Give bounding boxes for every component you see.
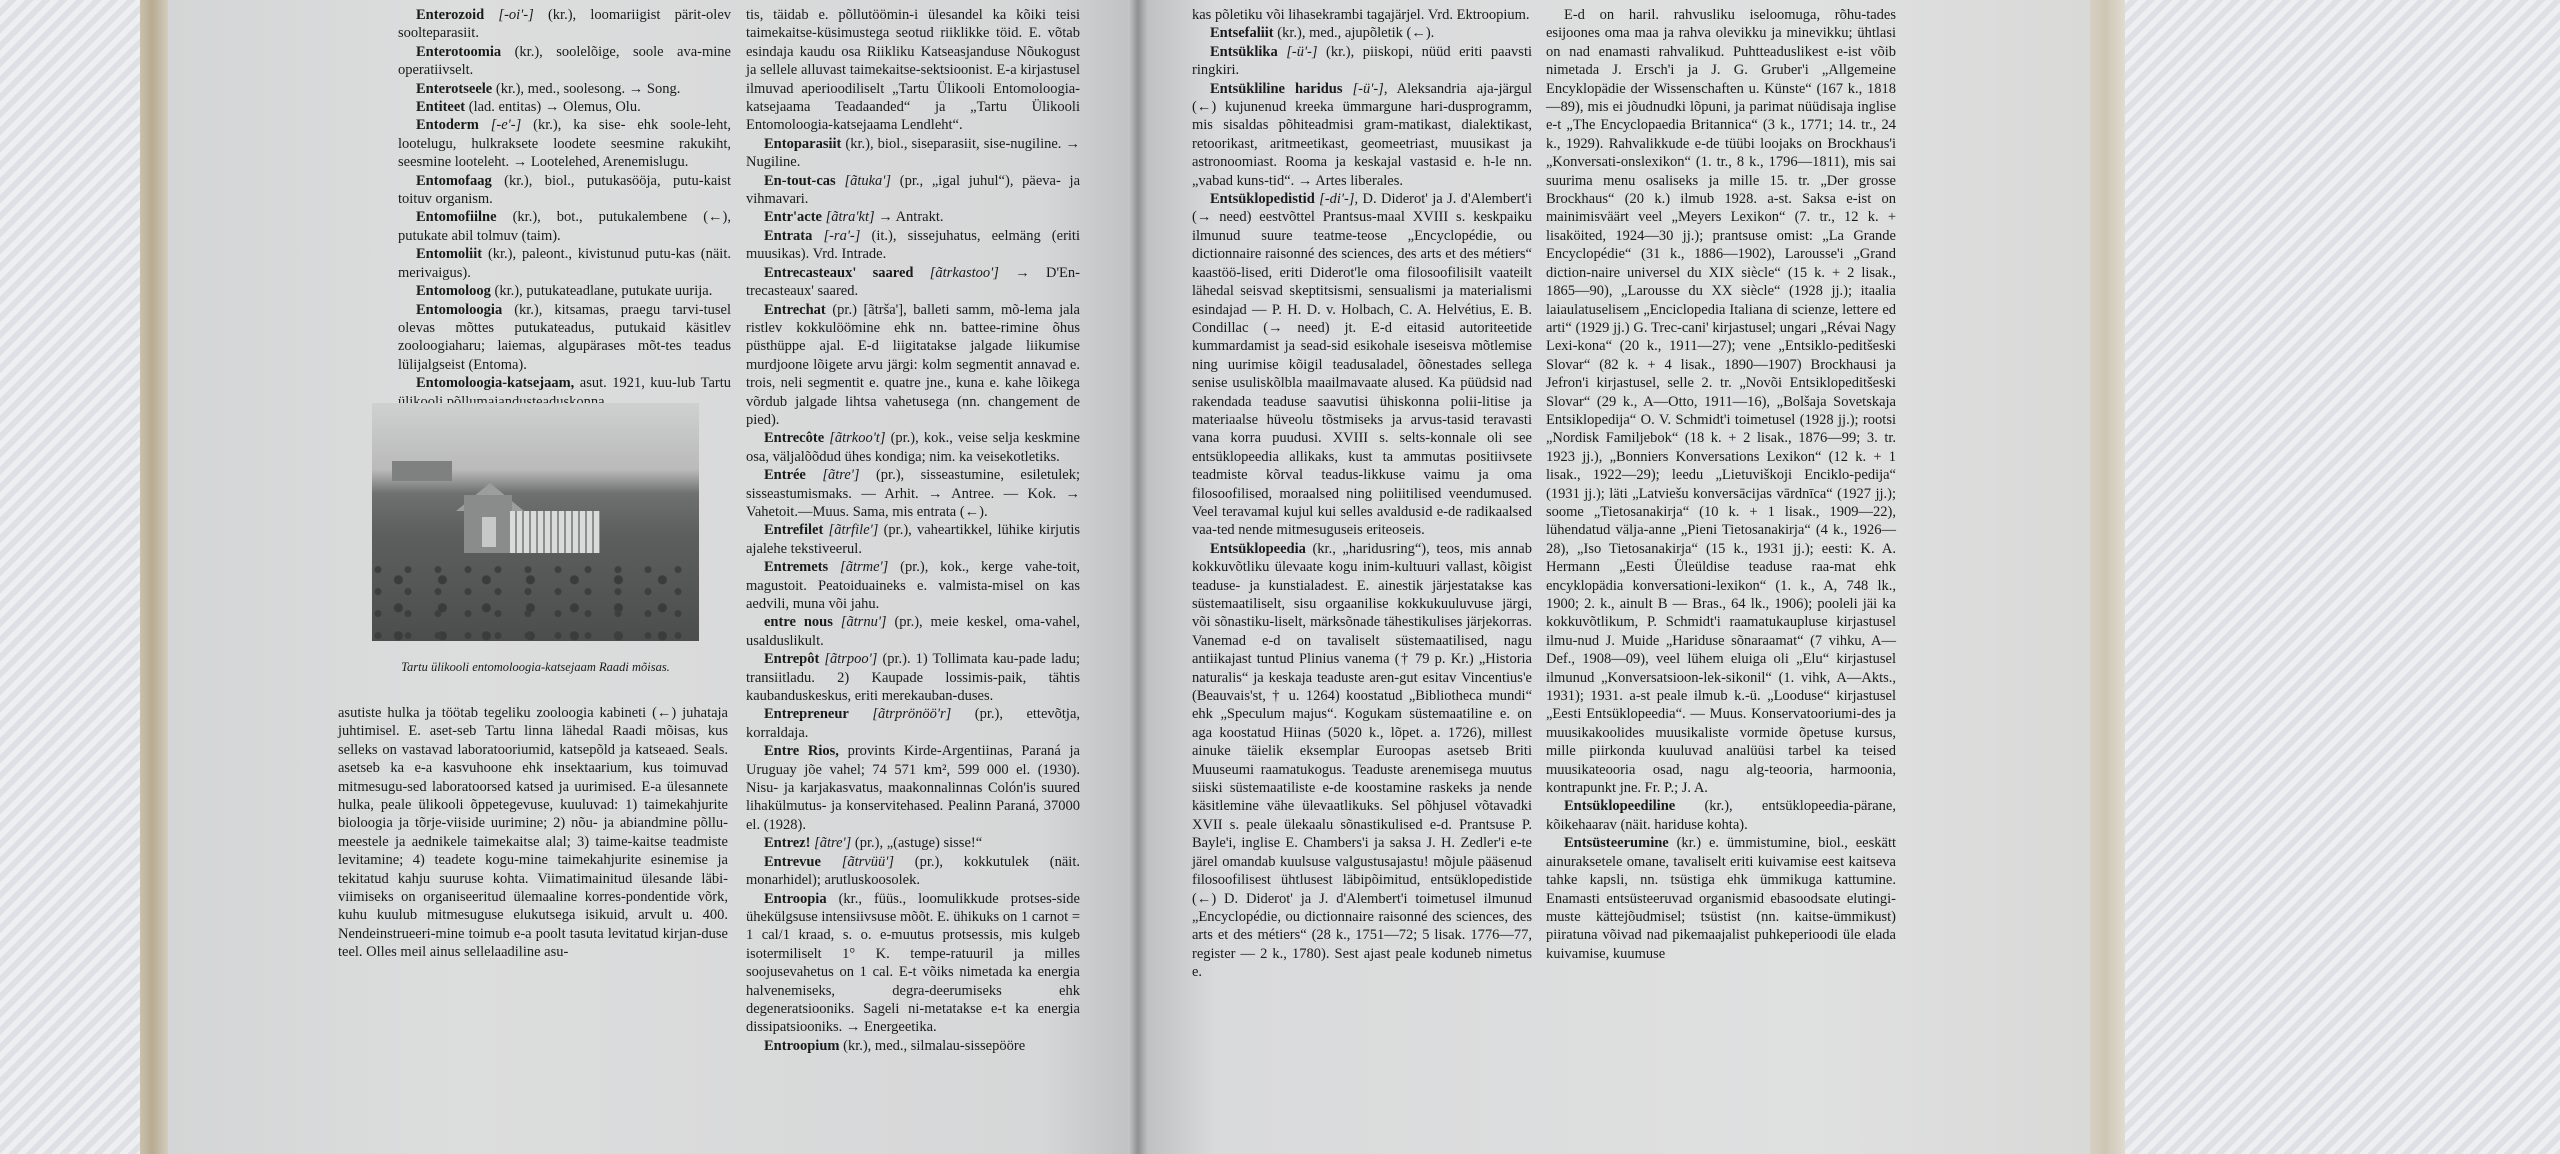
book-gutter — [1128, 0, 1148, 1154]
photo-door — [482, 517, 496, 547]
entry: Entsüklika [-ü'-] (kr.), piiskopi, nüüd … — [1192, 43, 1532, 80]
figure-caption: Tartu ülikooli entomoloogia-katsejaam Ra… — [372, 660, 699, 675]
entry: Entrepôt [ãtrpoo'] (pr.). 1) Tollimata k… — [746, 650, 1080, 705]
entry: entre nous [ãtrnu'] (pr.), meie keskel, … — [746, 613, 1080, 650]
entry: Entrevue [ãtrvüü'] (pr.), kokkutulek (nä… — [746, 853, 1080, 890]
entry: Entoderm [-e'-] (kr.), ka sise- ehk sool… — [398, 116, 731, 171]
entry-continuation: tis, täidab e. põllutöömin-i ülesandel k… — [746, 6, 1080, 135]
entry: Entomoloogia (kr.), kitsamas, praegu tar… — [398, 301, 731, 375]
entry: Entomofiilne (kr.), bot., putukalembene … — [398, 208, 731, 245]
entry: Entsefaliit (kr.), med., ajupõletik (←). — [1192, 24, 1532, 42]
entry: Enterozoid [-oi'-] (kr.), loomariigist p… — [398, 6, 731, 43]
entry: Entomoliit (kr.), paleont., kivistunud p… — [398, 245, 731, 282]
entry: Entsüklopeediline (kr.), entsüklopeedia-… — [1546, 797, 1896, 834]
entry: Entre Rios, provints Kirde-Argentiinas, … — [746, 742, 1080, 834]
entry: Entroopium (kr.), med., silmalau-sissepö… — [746, 1037, 1080, 1055]
entry: Enterotseele (kr.), med., soolesong. → S… — [398, 80, 731, 98]
entry-continuation: kas põletiku või lihasekrambi tagajärjel… — [1192, 6, 1532, 24]
entry: Entoparasiit (kr.), biol., siseparasiit,… — [746, 135, 1080, 172]
entry-continuation: asutiste hulka ja töötab tegeliku zooloo… — [338, 704, 728, 962]
book-edge-right — [2085, 0, 2125, 1154]
entry: En-tout-cas [ãtuka'] (pr., „igal juhul“)… — [746, 172, 1080, 209]
right-page-column-1: kas põletiku või lihasekrambi tagajärjel… — [1192, 6, 1532, 982]
entry: Entrechat (pr.) [ãtrša'], balleti samm, … — [746, 301, 1080, 430]
entry: Entrepreneur [ãtrprönöö'r] (pr.), ettevõ… — [746, 705, 1080, 742]
photo-entomology-station — [372, 403, 699, 641]
entry-continuation: E-d on haril. rahvusliku iseloomuga, rõh… — [1546, 6, 1896, 797]
entry: Entrecasteaux' saared [ãtrkastoo'] → D'E… — [746, 264, 1080, 301]
entry: Entomofaag (kr.), biol., putukasööja, pu… — [398, 172, 731, 209]
entry: Entrée [ãtre'] (pr.), sisseastumine, esi… — [746, 466, 1080, 521]
book-edge-left — [140, 0, 170, 1154]
entry: Entr'acte [ãtra'kt] → Antrakt. — [746, 208, 1080, 226]
entry: Entroopia (kr., füüs., loomulikkude prot… — [746, 890, 1080, 1037]
entry: Entiteet (lad. entitas) → Olemus, Olu. — [398, 98, 731, 116]
entry: Entsüklopeedia (kr., „haridusring“), teo… — [1192, 540, 1532, 982]
entry: Entrecôte [ãtrkoo't] (pr.), kok., veise … — [746, 429, 1080, 466]
left-page-column-1-continued: asutiste hulka ja töötab tegeliku zooloo… — [338, 704, 728, 962]
photo-greenhouse — [510, 511, 600, 553]
left-page-column-1: Enterozoid [-oi'-] (kr.), loomariigist p… — [398, 6, 731, 411]
entry: Entrefilet [ãtrfile'] (pr.), vaheartikke… — [746, 521, 1080, 558]
entry: Entomoloog (kr.), putukateadlane, putuka… — [398, 282, 731, 300]
entry: Entrata [-ra'-] (it.), sissejuhatus, eel… — [746, 227, 1080, 264]
left-page-column-2: tis, täidab e. põllutöömin-i ülesandel k… — [746, 6, 1080, 1055]
entry: Entsüsteerumine (kr.) e. ümmistumine, bi… — [1546, 834, 1896, 963]
entry: Entsüklopedistid [-di'-], D. Diderot' ja… — [1192, 190, 1532, 540]
entry: Entrez! [ãtre'] (pr.), „(astuge) sisse!“ — [746, 834, 1080, 852]
photo-garden-ground — [372, 563, 699, 641]
entry: Enterotoomia (kr.), soolelõige, soole av… — [398, 43, 731, 80]
right-page-column-2: E-d on haril. rahvusliku iseloomuga, rõh… — [1546, 6, 1896, 963]
entry: Entremets [ãtrme'] (pr.), kok., kerge va… — [746, 558, 1080, 613]
photo-background-buildings — [392, 461, 452, 481]
entry: Entsükliline haridus [-ü'-], Aleksandria… — [1192, 80, 1532, 190]
